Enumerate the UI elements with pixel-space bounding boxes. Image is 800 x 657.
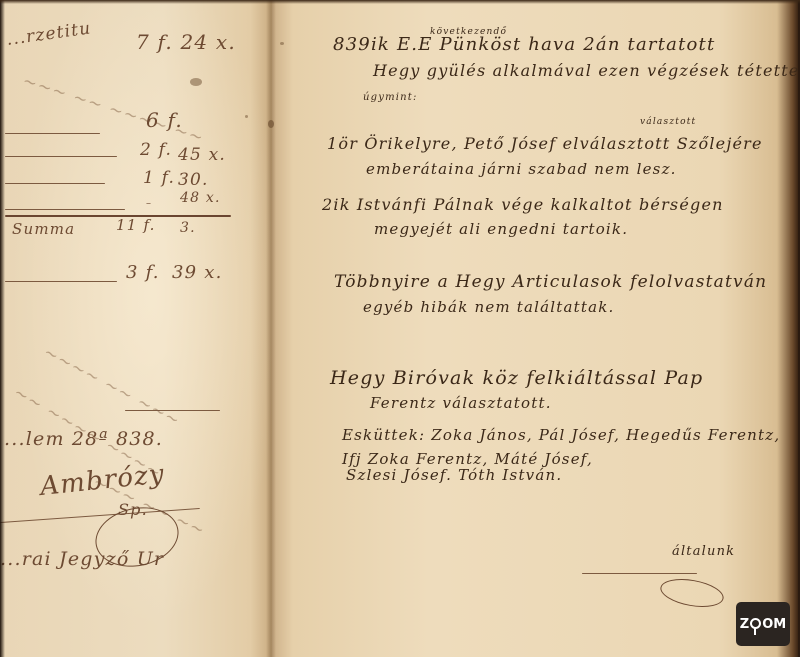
zoom-label-right: OM: [762, 617, 786, 632]
ledger-rule: [125, 410, 220, 411]
book-gutter: [266, 0, 276, 657]
ledger-kreuzer: 30.: [178, 170, 209, 190]
text-line-superscript: választott: [640, 117, 696, 127]
closing-text: általunk: [672, 544, 735, 559]
left-edge-shadow: [0, 0, 5, 657]
ledger-florins: 1 f.: [143, 168, 175, 188]
text-line: emberátaina járni szabad nem lesz.: [366, 160, 677, 178]
ledger-rule: [5, 281, 117, 282]
text-line: úgymint:: [363, 92, 418, 103]
header-fragment: ...rzetitu: [5, 18, 92, 50]
text-line: 1ör Örikelyre, Pető Jósef elválasztott S…: [327, 134, 763, 153]
text-line: Hegy gyülés alkalmával ezen végzések tét…: [373, 61, 800, 80]
text-line: Esküttek: Zoka János, Pál Jósef, Hegedűs…: [342, 423, 782, 471]
text-line-superscript: következendő: [430, 27, 507, 37]
text-line: megyejét ali engedni tartoik.: [374, 220, 628, 238]
sum-rule: [5, 209, 125, 210]
signer-title: ...rai Jegyző Ur: [0, 548, 164, 570]
manuscript-spread: ~~~ ~~ ~~~~ ~~ ~~~~ ~~ ~~~ ~~ ~~~~ ~~~~ …: [0, 0, 800, 657]
sum-florins: 11 f.: [116, 216, 156, 234]
text-line: egyéb hibák nem találtattak.: [363, 298, 615, 316]
text-line: Ferentz választatott.: [370, 394, 552, 412]
zoom-button-label: Z OM: [740, 617, 786, 632]
amount-top: 7 f. 24 x.: [136, 30, 236, 54]
magnifier-icon: [750, 618, 761, 629]
ink-stain: [245, 115, 248, 118]
sum-label: Summa: [12, 220, 75, 238]
ledger-rule: [5, 133, 100, 134]
text-line: 2ik Istvánfi Pálnak vége kalkaltot bérsé…: [322, 195, 724, 214]
zoom-label-left: Z: [740, 617, 749, 632]
text-line: 839ik E.E Pünköst hava 2án tartatott: [333, 34, 715, 55]
top-edge-shadow: [0, 0, 800, 4]
signature-secondary: Sp.: [118, 500, 148, 519]
text-line: Többnyire a Hegy Articulasok felolvastat…: [334, 272, 767, 292]
ledger-rule: [5, 156, 117, 157]
remainder-kreuzer: 39 x.: [172, 262, 223, 283]
ledger-kreuzer: 48 x.: [180, 190, 221, 206]
signature-flourish: [582, 573, 697, 574]
ledger-kreuzer: 45 x.: [178, 145, 226, 165]
remainder-florins: 3 f.: [126, 262, 160, 283]
left-page: ~~~ ~~ ~~~~ ~~ ~~~~ ~~ ~~~ ~~ ~~~~ ~~~~ …: [0, 0, 272, 657]
sum-kreuzer: 3.: [180, 220, 196, 236]
ledger-rule: [5, 183, 105, 184]
text-line: Hegy Biróvak köz felkiáltással Pap: [330, 367, 703, 389]
ledger-florins: –: [146, 198, 152, 209]
date-line: ...lem 28ª 838.: [4, 428, 163, 450]
ledger-florins: 2 f.: [140, 140, 172, 160]
ink-stain: [280, 42, 284, 45]
ink-stain: [190, 78, 202, 86]
ledger-florins: 6 f.: [146, 108, 183, 132]
text-line: Szlesi Jósef. Tóth István.: [346, 466, 562, 484]
zoom-button[interactable]: Z OM: [736, 602, 790, 646]
